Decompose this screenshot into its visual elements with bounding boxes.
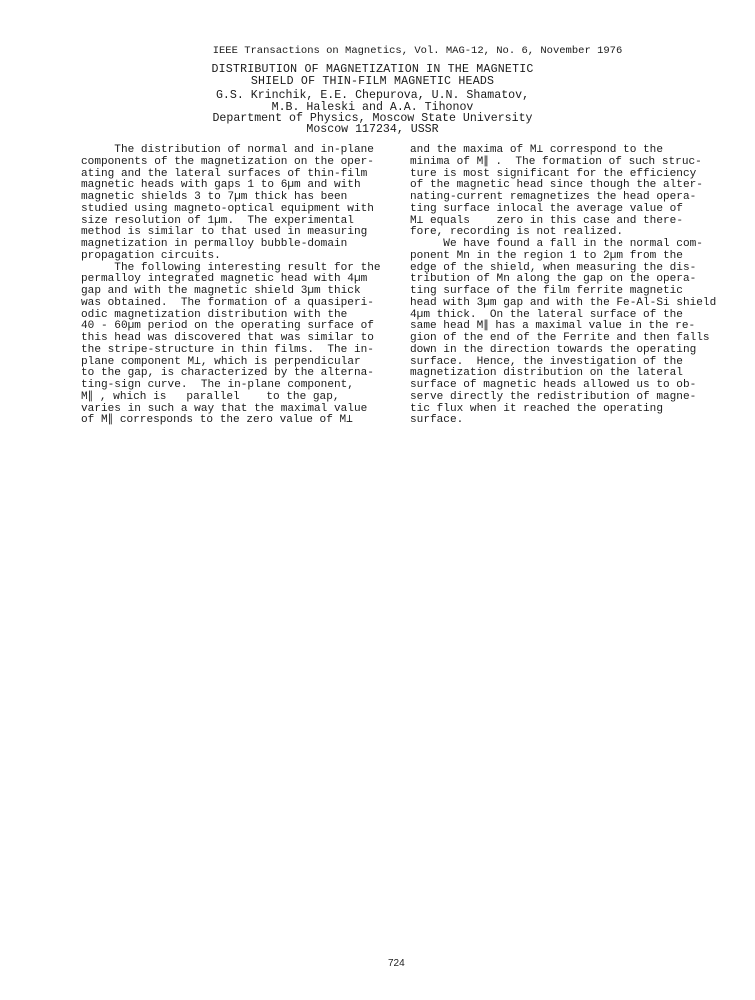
right-column: and the maxima of M⊥ correspond to the m… (410, 145, 730, 427)
page-number: 724 (388, 958, 405, 969)
text-line: minima of M∥ . The formation of such str… (410, 157, 730, 169)
text-line: ting-sign curve. The in-plane component, (81, 380, 391, 392)
text-line: magnetic shields 3 to 7µm thick has been (81, 192, 391, 204)
text-line: propagation circuits. (81, 251, 391, 263)
text-line: The distribution of normal and in-plane (81, 145, 391, 157)
text-line: down in the direction towards the operat… (410, 345, 730, 357)
journal-header: IEEE Transactions on Magnetics, Vol. MAG… (40, 45, 755, 57)
text-line: gap and with the magnetic shield 3µm thi… (81, 286, 391, 298)
text-line: serve directly the redistribution of mag… (410, 392, 730, 404)
text-line: studied using magneto-optical equipment … (81, 204, 391, 216)
left-column: The distribution of normal and in-plane … (81, 145, 391, 427)
text-line: magnetization in permalloy bubble-domain (81, 239, 391, 251)
text-line: and the maxima of M⊥ correspond to the (410, 145, 730, 157)
text-line: ting surface of the film ferrite magneti… (410, 286, 730, 298)
paper-title-line-2: SHIELD OF THIN-FILM MAGNETIC HEADS (0, 75, 750, 88)
affiliation-line-2: Moscow 117234, USSR (0, 123, 750, 136)
text-line: surface of magnetic heads allowed us to … (410, 380, 730, 392)
text-line: nating-current remagnetizes the head ope… (410, 192, 730, 204)
text-line: was obtained. The formation of a quasipe… (81, 298, 391, 310)
text-line: We have found a fall in the normal com- (410, 239, 730, 251)
text-line: this head was discovered that was simila… (81, 333, 391, 345)
text-line: gion of the end of the Ferrite and then … (410, 333, 730, 345)
text-line: ting surface inlocal the average value o… (410, 204, 730, 216)
text-line: head with 3µm gap and with the Fe-Al-Si … (410, 298, 730, 310)
text-line: of M∥ corresponds to the zero value of M… (81, 415, 391, 427)
text-line: M∥ , which is parallel to the gap, (81, 392, 391, 404)
text-line: components of the magnetization on the o… (81, 157, 391, 169)
text-line: ponent Mn in the region 1 to 2µm from th… (410, 251, 730, 263)
text-line: surface. (410, 415, 730, 427)
text-line: the stripe-structure in thin films. The … (81, 345, 391, 357)
